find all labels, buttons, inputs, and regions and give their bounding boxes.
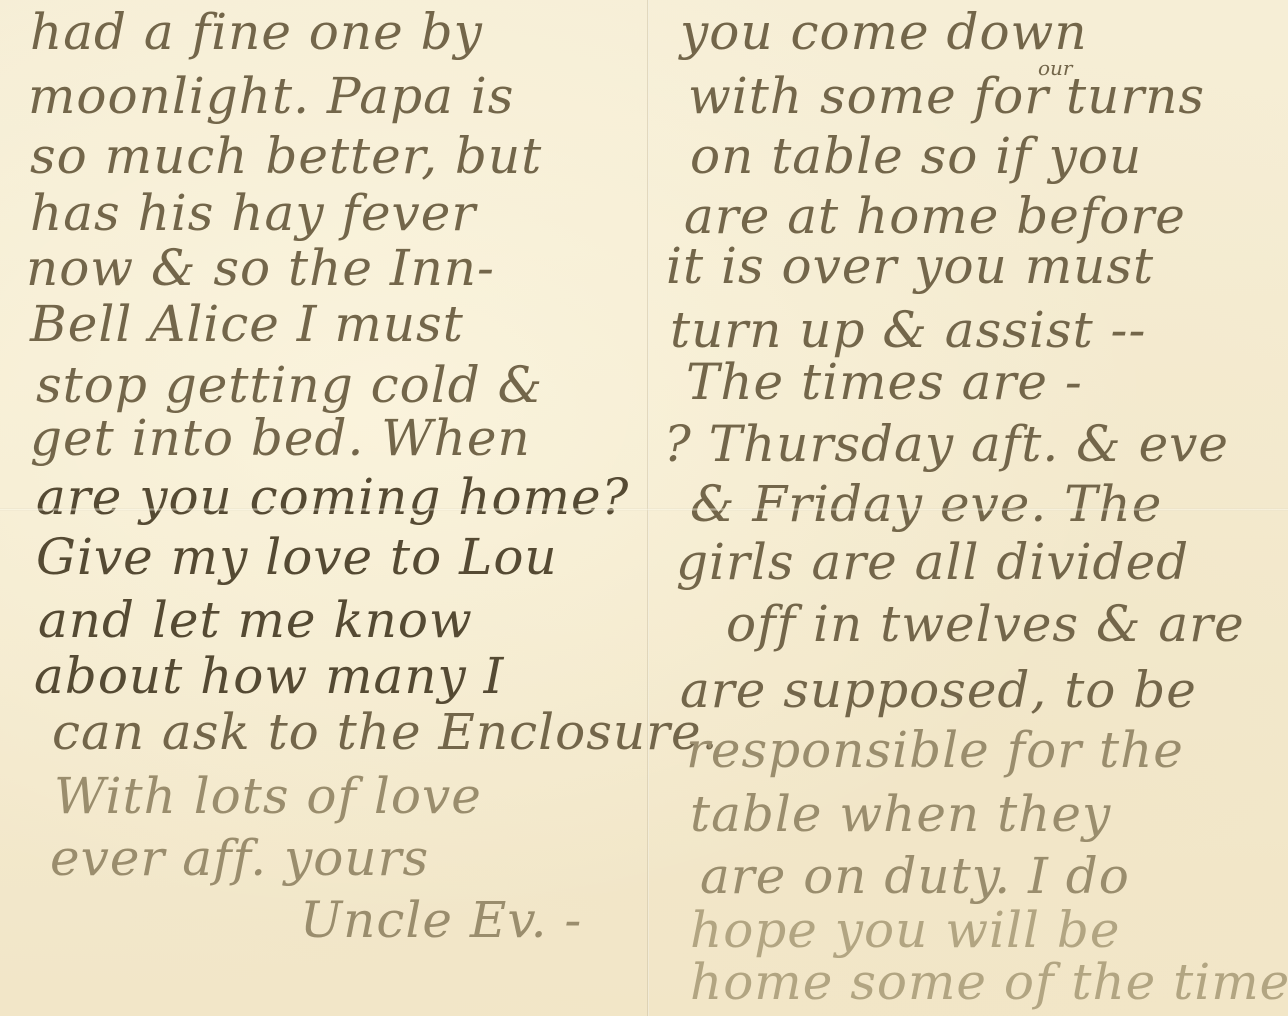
letter-line: ? Thursday aft. & eve	[664, 414, 1229, 474]
letter-line: girls are all divided	[676, 532, 1189, 592]
letter-line: has his hay fever	[30, 183, 476, 243]
letter-line: get into bed. When	[30, 408, 531, 468]
horizontal-fold-crease	[0, 508, 1288, 511]
scan-margin	[0, 1016, 1288, 1027]
letter-line: responsible for the	[686, 720, 1184, 780]
letter-line: With lots of love	[54, 766, 482, 826]
letter-line: The times are -	[686, 352, 1083, 412]
signature: Uncle Ev. -	[300, 890, 582, 950]
letter-line: are supposed, to be	[680, 660, 1197, 720]
letter-line: it is over you must	[666, 236, 1154, 296]
letter-line: with some for turns	[688, 66, 1205, 126]
letter-line: ever aff. yours	[50, 828, 429, 888]
letter-line: turn up & assist --	[670, 300, 1146, 360]
letter-line: table when they	[690, 784, 1111, 844]
letter-line: Give my love to Lou	[36, 527, 558, 587]
letter-line: you come down	[680, 2, 1088, 62]
letter-line: hope you will be	[690, 900, 1121, 960]
letter-line: & Friday eve. The	[690, 474, 1162, 534]
letter-line: about how many I	[34, 646, 504, 706]
letter-line: Bell Alice I must	[30, 294, 464, 354]
letter-line: home some of the time	[690, 952, 1288, 1012]
letter-line: are you coming home?	[36, 467, 629, 527]
letter-line: moonlight. Papa is	[28, 66, 514, 126]
letter-line: off in twelves & are	[726, 594, 1245, 654]
letter-line: on table so if you	[690, 126, 1142, 186]
letter-line: stop getting cold &	[36, 355, 543, 415]
letter-line: had a fine one by	[30, 2, 483, 62]
letter-line: so much better, but	[30, 126, 542, 186]
letter-line: and let me know	[38, 590, 473, 650]
letter-sheet: had a fine one by moonlight. Papa is so …	[0, 0, 1288, 1016]
letter-line: are on duty. I do	[700, 846, 1130, 906]
letter-line: can ask to the Enclosure.	[52, 702, 718, 762]
letter-line: now & so the Inn-	[26, 238, 495, 298]
